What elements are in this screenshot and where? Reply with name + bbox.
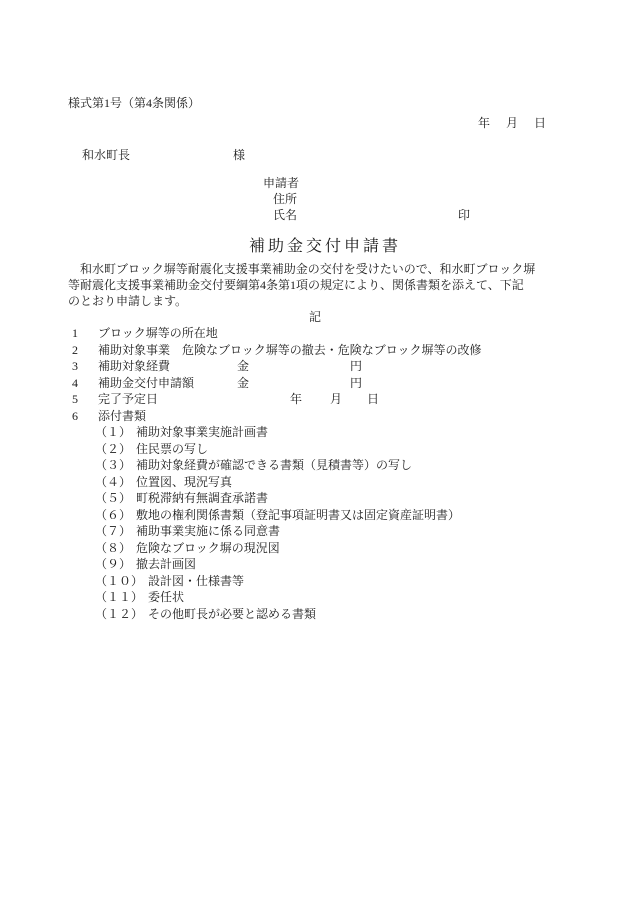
item-label: 補助対象事業 危険なブロック塀等の撤去・危険なブロック塀等の改修 [98,342,482,359]
attachment-label: 補助事業実施に係る同意書 [136,523,280,540]
list-item-completion-date: 5 完了予定日 年 月 日 [68,391,608,408]
list-item-project: 2 補助対象事業 危険なブロック塀等の撤去・危険なブロック塀等の改修 [68,342,608,359]
form-page: 様式第1号（第4条関係） 年 月 日 和水町長 様 申請者 住所 氏名 印 補助… [0,0,630,915]
item-number: 1 [68,325,98,342]
seal-label: 印 [458,208,470,222]
attachment-item: （１） 補助対象事業実施計画書 [95,424,608,441]
attachment-number: （３） [95,457,131,474]
attachment-number: （９） [95,556,131,573]
attachment-label: 撤去計画図 [136,556,196,573]
list-item-location: 1 ブロック塀等の所在地 [68,325,608,342]
applicant-block: 申請者 住所 氏名 印 [263,175,470,223]
item-number: 6 [68,408,98,425]
addressee-name: 和水町長 [82,147,230,163]
applicant-name-label: 氏名 [273,207,455,223]
attachment-label: 位置図、現況写真 [136,474,232,491]
item-number: 2 [68,342,98,359]
note-heading: 記 [0,309,630,325]
list-item-requested-amount: 4 補助金交付申請額 金 円 [68,375,608,392]
attachment-item: （１２） その他町長が必要と認める書類 [95,606,608,623]
list-item-expense: 3 補助対象経費 金 円 [68,358,608,375]
date-line: 年 月 日 [478,115,546,131]
attachment-label: 補助対象経費が確認できる書類（見積書等）の写し [136,457,412,474]
attachment-item: （４） 位置図、現況写真 [95,474,608,491]
attachment-number: （７） [95,523,131,540]
date-month-label: 月 [506,115,518,131]
date-month-label: 月 [330,391,342,408]
attachment-number: （１） [95,424,131,441]
amount-prefix-label: 金 [237,375,249,392]
item-list: 1 ブロック塀等の所在地 2 補助対象事業 危険なブロック塀等の撤去・危険なブロ… [68,325,608,622]
attachment-number: （４） [95,474,131,491]
attachment-item: （９） 撤去計画図 [95,556,608,573]
amount-blank [249,375,350,392]
document-title: 補助金交付申請書 [10,239,630,255]
date-blank [342,391,367,408]
attachment-number: （５） [95,490,131,507]
attachment-label: 町税滞納有無調査承諾書 [136,490,268,507]
attachment-label: 委任状 [148,589,184,606]
body-line: のとおり申請します。 [68,293,566,309]
attachment-item: （３） 補助対象経費が確認できる書類（見積書等）の写し [95,457,608,474]
item-label: 完了予定日 [98,391,290,408]
date-year-label: 年 [478,115,490,131]
item-label: 補助対象経費 [98,358,237,375]
attachment-number: （１１） [95,589,143,606]
amount-suffix-label: 円 [350,375,362,392]
body-paragraph: 和水町ブロック塀等耐震化支援事業補助金の交付を受けたいので、和水町ブロック塀 等… [68,261,566,309]
date-blank [302,391,330,408]
list-item-attachments: 6 添付書類 [68,408,608,425]
attachment-item: （１１） 委任状 [95,589,608,606]
applicant-label: 申請者 [263,175,470,191]
item-label: 添付書類 [98,408,146,425]
attachment-item: （７） 補助事業実施に係る同意書 [95,523,608,540]
amount-blank [249,358,350,375]
item-label: 補助金交付申請額 [98,375,237,392]
attachment-label: 住民票の写し [136,441,208,458]
addressee-honorific: 様 [233,148,245,162]
applicant-address-label: 住所 [273,191,470,207]
attachment-number: （２） [95,441,131,458]
attachment-item: （６） 敷地の権利関係書類（登記事項証明書又は固定資産証明書） [95,507,608,524]
attachment-label: 設計図・仕様書等 [148,573,244,590]
attachment-item: （２） 住民票の写し [95,441,608,458]
date-day-label: 日 [534,115,546,131]
body-line: 和水町ブロック塀等耐震化支援事業補助金の交付を受けたいので、和水町ブロック塀 [68,261,566,277]
date-year-label: 年 [290,391,302,408]
attachment-number: （１０） [95,573,143,590]
amount-suffix-label: 円 [350,358,362,375]
attachment-item: （８） 危険なブロック塀の現況図 [95,540,608,557]
attachment-label: 敷地の権利関係書類（登記事項証明書又は固定資産証明書） [136,507,460,524]
item-number: 5 [68,391,98,408]
item-label: ブロック塀等の所在地 [98,325,218,342]
attachment-number: （６） [95,507,131,524]
attachment-item: （５） 町税滞納有無調査承諾書 [95,490,608,507]
attachment-item: （１０） 設計図・仕様書等 [95,573,608,590]
attachment-number: （１２） [95,606,143,623]
form-number: 様式第1号（第4条関係） [68,95,200,111]
item-number: 4 [68,375,98,392]
body-line: 等耐震化支援事業補助金交付要綱第4条第1項の規定により、関係書類を添えて、下記 [68,277,566,293]
addressee-line: 和水町長 様 [82,147,245,163]
attachment-label: 補助対象事業実施計画書 [136,424,268,441]
attachment-label: 危険なブロック塀の現況図 [136,540,280,557]
applicant-name-line: 氏名 印 [273,207,470,223]
date-day-label: 日 [367,391,379,408]
attachment-number: （８） [95,540,131,557]
item-number: 3 [68,358,98,375]
amount-prefix-label: 金 [237,358,249,375]
attachment-label: その他町長が必要と認める書類 [148,606,316,623]
